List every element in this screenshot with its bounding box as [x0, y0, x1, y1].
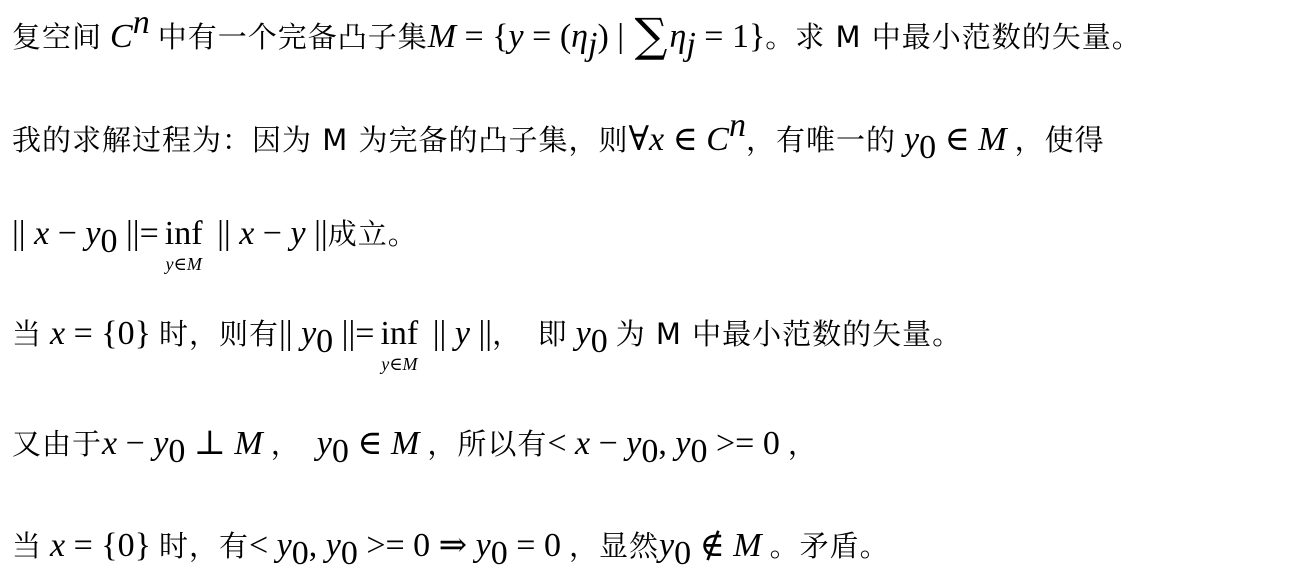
math-symbol: M — [234, 424, 262, 464]
math-operator: = {0} — [65, 526, 151, 566]
text: ， — [271, 424, 301, 464]
math-symbol: x — [102, 424, 117, 464]
infimum-operator: inf y∈M — [165, 217, 203, 251]
math-operator: , — [658, 424, 675, 464]
math-symbol: x — [575, 424, 590, 464]
text: 。求 M 中最小范数的矢量。 — [765, 17, 1141, 57]
math-symbol: η — [669, 17, 686, 57]
math-symbol: y — [277, 526, 292, 566]
text: 时，则有 — [159, 314, 279, 354]
perp-icon: ⊥ — [185, 424, 234, 464]
math-operator: ∈ — [664, 120, 706, 160]
math-symbol: x — [239, 214, 254, 254]
text: 时，有 — [159, 526, 249, 566]
orthogonality: 又由于 x − y0 ⊥ M ， y0 ∈ M ，所以有 < x − y0 , … — [12, 424, 818, 464]
math-symbol: y — [576, 314, 591, 354]
math-symbol: y — [85, 214, 100, 254]
norm-bar: || — [306, 214, 328, 254]
math-symbol: y — [626, 424, 641, 464]
math-operator: < — [547, 424, 575, 464]
infimum-condition: || x − y0 ||= inf y∈M || x − y || 成立。 — [12, 214, 418, 254]
math-symbol: C — [110, 17, 133, 57]
solution-intro: 我的求解过程为：因为 M 为完备的凸子集，则 ∀ x ∈ Cn ，有唯一的 y0… — [12, 120, 1105, 160]
norm-bar: || — [424, 314, 455, 354]
text: ，使得 — [1015, 120, 1105, 160]
math-symbol: x — [34, 214, 49, 254]
math-symbol: y — [326, 526, 341, 566]
math-operator: − — [117, 424, 153, 464]
text: ， — [788, 424, 818, 464]
text: ，有唯一的 — [746, 120, 896, 160]
infimum-operator: inf y∈M — [380, 317, 418, 351]
math-symbol: M — [428, 17, 456, 57]
math-symbol: y — [476, 526, 491, 566]
math-symbol: y — [675, 424, 690, 464]
implies-icon: >= 0 ⇒ — [358, 526, 476, 566]
zero-case: 当 x = {0} 时，则有 || y0 ||= inf y∈M || y ||… — [12, 314, 962, 354]
math-operator: , — [309, 526, 326, 566]
text: 又由于 — [12, 424, 102, 464]
math-symbol: x — [50, 526, 65, 566]
notin-icon: ∉ — [691, 526, 733, 566]
text: 为 M 中最小范数的矢量。 — [616, 314, 962, 354]
norm-bar: || — [209, 214, 240, 254]
math-operator: − — [49, 214, 85, 254]
math-symbol: y — [509, 17, 524, 57]
text: 。矛盾。 — [770, 526, 890, 566]
math-operator: ) | — [597, 17, 632, 57]
math-symbol: y — [153, 424, 168, 464]
forall-icon: ∀ — [628, 120, 649, 160]
math-symbol: x — [50, 314, 65, 354]
math-operator: ∈ — [349, 424, 391, 464]
inf-subscript: y∈M — [381, 355, 417, 373]
math-symbol: M — [391, 424, 419, 464]
problem-statement: 复空间 Cn 中有一个完备凸子集 M = { y = ( ηj ) | ∑ ηj… — [12, 16, 1142, 57]
math-symbol: y — [301, 314, 316, 354]
text: ，显然 — [569, 526, 659, 566]
text: ， 即 — [492, 314, 568, 354]
text: 成立。 — [328, 214, 418, 254]
contradiction: 当 x = {0} 时，有 < y0 , y0 >= 0 ⇒ y0 = 0 ，显… — [12, 526, 890, 566]
sum-icon: ∑ — [635, 20, 668, 50]
math-symbol: y — [290, 214, 305, 254]
text: 当 — [12, 526, 42, 566]
norm-bar: || — [279, 314, 301, 354]
norm-bar: || — [470, 314, 492, 354]
math-symbol: y — [659, 526, 674, 566]
text: 复空间 — [12, 17, 102, 57]
math-symbol: y — [317, 424, 332, 464]
math-operator: = { — [456, 17, 509, 57]
norm-bar: ||= — [333, 314, 374, 354]
math-symbol: x — [649, 120, 664, 160]
inf-subscript: y∈M — [166, 255, 202, 273]
math-operator: = {0} — [65, 314, 151, 354]
math-operator: = 1} — [696, 17, 766, 57]
math-symbol: y — [904, 120, 919, 160]
inf-text: inf — [380, 317, 418, 351]
math-operator: = ( — [524, 17, 572, 57]
math-operator: < — [249, 526, 277, 566]
norm-bar: ||= — [118, 214, 159, 254]
math-symbol: M — [733, 526, 761, 566]
inf-text: inf — [165, 217, 203, 251]
norm-bar: || — [12, 214, 34, 254]
math-symbol: M — [978, 120, 1006, 160]
math-operator: ∈ — [936, 120, 978, 160]
math-symbol: C — [706, 120, 729, 160]
text: 当 — [12, 314, 42, 354]
text: 中有一个完备凸子集 — [158, 17, 428, 57]
math-symbol: y — [455, 314, 470, 354]
math-symbol: η — [571, 17, 588, 57]
text: 我的求解过程为：因为 M 为完备的凸子集，则 — [12, 120, 628, 160]
math-operator: = 0 — [508, 526, 561, 566]
math-operator: − — [590, 424, 626, 464]
math-operator: − — [254, 214, 290, 254]
math-operator: >= 0 — [707, 424, 779, 464]
text: ，所以有 — [427, 424, 547, 464]
